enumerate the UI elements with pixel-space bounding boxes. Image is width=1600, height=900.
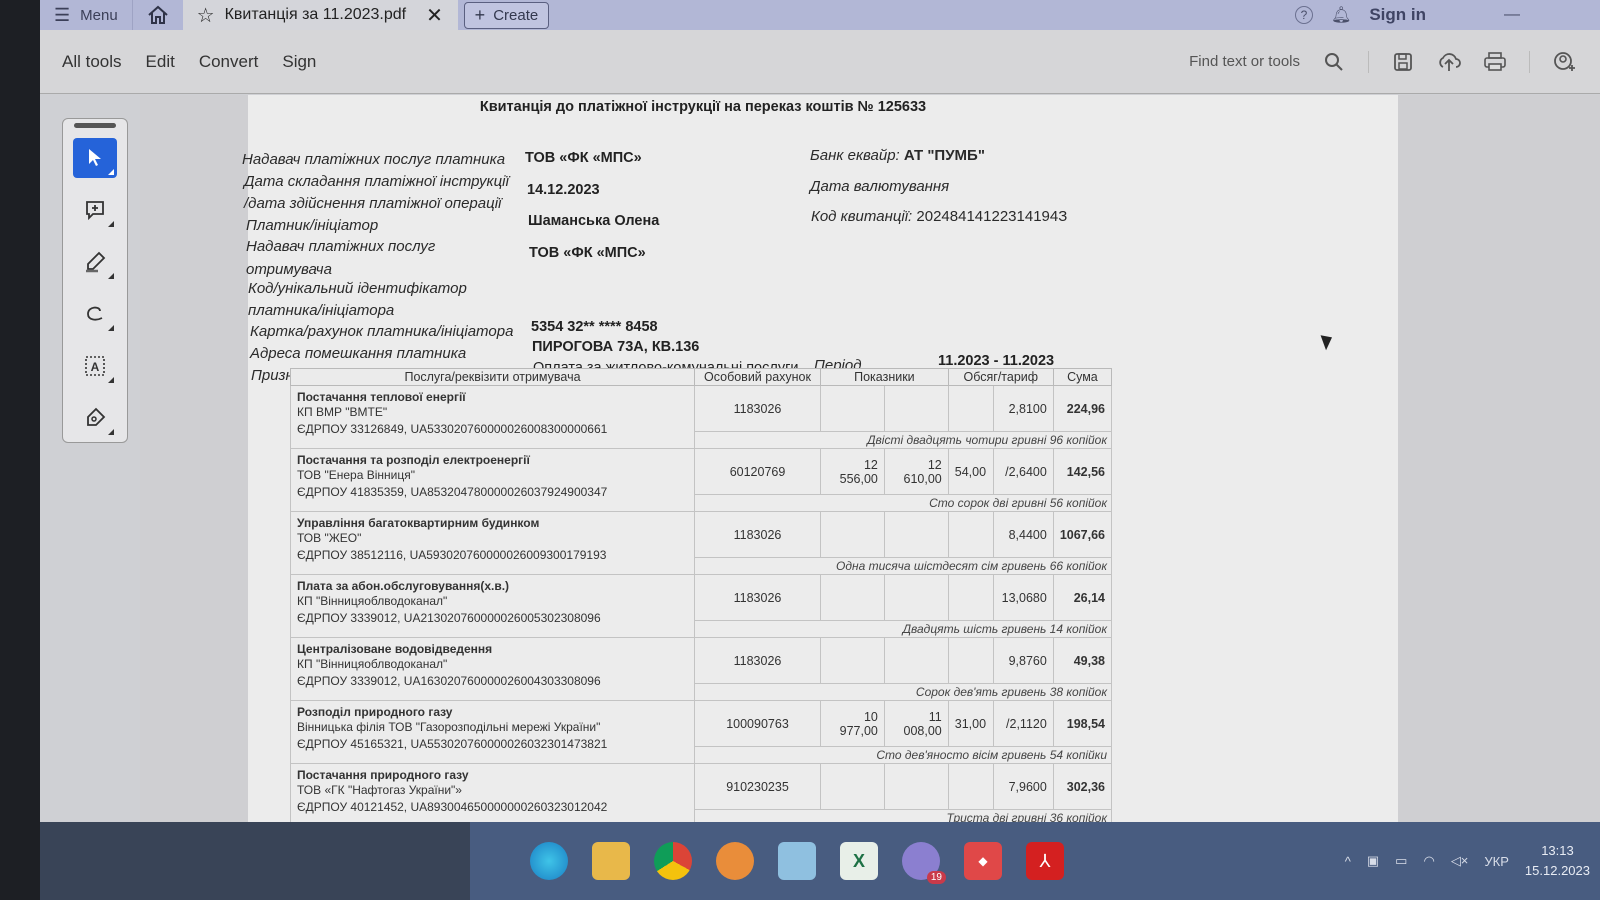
menu-label: Menu xyxy=(80,7,118,24)
current-reading-cell: 11 008,00 xyxy=(884,701,948,747)
current-reading-cell: 12 610,00 xyxy=(884,449,948,495)
text-recognition-tool[interactable]: A xyxy=(73,346,117,386)
close-tab-icon[interactable]: ✕ xyxy=(426,3,443,28)
account-cell: 60120769 xyxy=(695,449,821,495)
service-requisites: ЄДРПОУ 41835359, UA853204780000026037924… xyxy=(297,484,688,501)
account-cell: 100090763 xyxy=(695,701,821,747)
excel-icon[interactable]: X xyxy=(840,842,878,880)
windows-taskbar: X 19 ◆ ⅄ ^ ▣ ▭ ◠ ◁× УКР 13:13 15.12.2023 xyxy=(40,822,1600,900)
cursor-arrow-icon xyxy=(87,148,103,168)
select-tool[interactable] xyxy=(73,138,117,178)
sign-in-button[interactable]: Sign in xyxy=(1369,5,1426,25)
document-tab-title: Квитанція за 11.2023.pdf xyxy=(225,6,406,24)
service-cell: Централізоване водовідведенняКП "Вінниця… xyxy=(291,638,695,701)
service-provider: Вінницька філія ТОВ "Газорозподільні мер… xyxy=(297,719,688,736)
value-date-label: Дата валютування xyxy=(810,178,949,195)
col-header-service: Послуга/реквізити отримувача xyxy=(291,369,695,386)
security-icon[interactable]: ▣ xyxy=(1367,853,1379,869)
tariff-cell: 7,9600 xyxy=(994,764,1054,810)
amount-in-words: Сорок дев'ять гривень 38 копійок xyxy=(695,684,1112,701)
sum-cell: 198,54 xyxy=(1053,701,1111,747)
star-icon[interactable]: ☆ xyxy=(197,3,215,28)
volume-cell xyxy=(948,764,993,810)
submenu-indicator xyxy=(108,377,114,383)
anydesk-icon[interactable]: ◆ xyxy=(964,842,1002,880)
search-icon[interactable] xyxy=(1322,50,1346,74)
tab-bar-right: ? 🔔︎ Sign in — xyxy=(1295,5,1600,25)
volume-cell: 31,00 xyxy=(948,701,993,747)
speaker-muted-icon[interactable]: ◁× xyxy=(1451,853,1469,869)
sum-cell: 26,14 xyxy=(1053,575,1111,621)
minimize-icon[interactable]: — xyxy=(1504,6,1520,24)
amount-in-words: Двісті двадцять чотири гривні 96 копійок xyxy=(695,432,1112,449)
menu-button[interactable]: ☰ Menu xyxy=(40,0,133,30)
recipient-psp-label-2: отримувача xyxy=(246,261,332,278)
sum-cell: 224,96 xyxy=(1053,386,1111,432)
comment-plus-icon xyxy=(84,199,106,221)
table-row: Постачання та розподіл електроенергіїТОВ… xyxy=(291,449,1112,495)
sum-cell: 49,38 xyxy=(1053,638,1111,684)
payer-psp-value: ТОВ «ФК «МПС» xyxy=(525,150,642,166)
service-provider: КП ВМР "ВМТЕ" xyxy=(297,404,688,421)
acrobat-icon[interactable]: ⅄ xyxy=(1026,842,1064,880)
submenu-indicator xyxy=(108,273,114,279)
payer-psp-label: Надавач платіжних послуг платника xyxy=(242,151,505,168)
previous-reading-cell xyxy=(821,575,885,621)
tariff-cell: 13,0680 xyxy=(994,575,1054,621)
volume-cell: 54,00 xyxy=(948,449,993,495)
service-cell: Плата за абон.обслуговування(х.в.)КП "Ві… xyxy=(291,575,695,638)
submenu-indicator xyxy=(108,429,114,435)
volume-cell xyxy=(948,575,993,621)
cloud-upload-icon[interactable] xyxy=(1437,50,1461,74)
sign-menu[interactable]: Sign xyxy=(282,52,316,72)
file-explorer-icon[interactable] xyxy=(592,842,630,880)
battery-icon[interactable]: ▭ xyxy=(1395,853,1407,869)
highlight-tool[interactable] xyxy=(73,242,117,282)
current-reading-cell xyxy=(884,764,948,810)
table-row: Плата за абон.обслуговування(х.в.)КП "Ві… xyxy=(291,575,1112,621)
service-name: Централізоване водовідведення xyxy=(297,642,688,656)
recipient-psp-value: ТОВ «ФК «МПС» xyxy=(529,245,646,261)
tariff-cell: /2,6400 xyxy=(994,449,1054,495)
service-requisites: ЄДРПОУ 45165321, UA553020760000026032301… xyxy=(297,736,688,753)
current-reading-cell xyxy=(884,638,948,684)
table-row: Постачання теплової енергіїКП ВМР "ВМТЕ"… xyxy=(291,386,1112,432)
previous-reading-cell xyxy=(821,386,885,432)
document-viewport[interactable]: Квитанція до платіжної інструкції на пер… xyxy=(140,95,1600,860)
receipt-code-value: 20248414122314194З xyxy=(916,208,1067,225)
chrome-icon[interactable] xyxy=(654,842,692,880)
add-comment-tool[interactable] xyxy=(73,190,117,230)
clock-date: 15.12.2023 xyxy=(1525,861,1590,881)
volume-cell xyxy=(948,638,993,684)
pen-nib-icon xyxy=(84,407,106,429)
service-cell: Постачання природного газуТОВ «ГК "Нафто… xyxy=(291,764,695,827)
current-reading-cell xyxy=(884,512,948,558)
card-label: Картка/рахунок платника/ініціатора xyxy=(250,323,513,340)
acquirer-label: Банк еквайр: xyxy=(810,147,900,164)
col-header-readings: Показники xyxy=(821,369,949,386)
plus-icon: + xyxy=(475,5,486,26)
acrobat-window: ☰ Menu ☆ Квитанція за 11.2023.pdf ✕ + Cr… xyxy=(40,0,1600,860)
service-requisites: ЄДРПОУ 3339012, UA1630207600000260043033… xyxy=(297,673,688,690)
monitor-app-icon[interactable] xyxy=(778,842,816,880)
viber-unread-badge: 19 xyxy=(927,871,946,884)
account-cell: 1183026 xyxy=(695,638,821,684)
clock-time: 13:13 xyxy=(1525,841,1590,861)
service-cell: Розподіл природного газуВінницька філія … xyxy=(291,701,695,764)
create-label: Create xyxy=(493,7,538,24)
services-table: Послуга/реквізити отримувача Особовий ра… xyxy=(290,368,1112,827)
service-name: Розподіл природного газу xyxy=(297,705,688,719)
tariff-cell: 9,8760 xyxy=(994,638,1054,684)
service-provider: КП "Вінницяоблводоканал" xyxy=(297,656,688,673)
service-name: Постачання природного газу xyxy=(297,768,688,782)
sum-cell: 142,56 xyxy=(1053,449,1111,495)
amount-in-words: Сто сорок дві гривні 56 копійок xyxy=(695,495,1112,512)
table-row: Централізоване водовідведенняКП "Вінниця… xyxy=(291,638,1112,684)
orange-app-icon[interactable] xyxy=(716,842,754,880)
payer-value: Шаманська Олена xyxy=(528,213,659,229)
service-requisites: ЄДРПОУ 38512116, UA593020760000026009300… xyxy=(297,547,688,564)
system-tray: ^ ▣ ▭ ◠ ◁× УКР 13:13 15.12.2023 xyxy=(1345,841,1600,881)
convert-menu[interactable]: Convert xyxy=(199,52,259,72)
home-icon xyxy=(147,5,169,25)
service-provider: ТОВ "ЖЕО" xyxy=(297,530,688,547)
help-icon[interactable]: ? xyxy=(1295,6,1313,24)
date-value: 14.12.2023 xyxy=(527,182,600,198)
table-row: Постачання природного газуТОВ «ГК "Нафто… xyxy=(291,764,1112,810)
account-cell: 910230235 xyxy=(695,764,821,810)
tariff-cell: 8,4400 xyxy=(994,512,1054,558)
service-provider: КП "Вінницяоблводоканал" xyxy=(297,593,688,610)
service-name: Плата за абон.обслуговування(х.в.) xyxy=(297,579,688,593)
table-row: Розподіл природного газуВінницька філія … xyxy=(291,701,1112,747)
previous-reading-cell: 10 977,00 xyxy=(821,701,885,747)
wifi-icon[interactable]: ◠ xyxy=(1423,853,1434,869)
service-requisites: ЄДРПОУ 3339012, UA2130207600000260053023… xyxy=(297,610,688,627)
main-toolbar: All tools Edit Convert Sign Find text or… xyxy=(40,30,1600,94)
quick-tools-rail: A xyxy=(62,118,128,443)
submenu-indicator xyxy=(108,169,114,175)
service-provider: ТОВ «ГК "Нафтогаз України"» xyxy=(297,782,688,799)
receipt-code-label: Код квитанції: xyxy=(811,208,912,225)
edit-menu[interactable]: Edit xyxy=(146,52,175,72)
card-value: 5354 32** **** 8458 xyxy=(531,319,658,335)
date-label-2: /дата здійснення платіжної операції xyxy=(244,195,501,212)
viber-icon[interactable]: 19 xyxy=(902,842,940,880)
print-icon[interactable] xyxy=(1483,50,1507,74)
previous-reading-cell xyxy=(821,512,885,558)
period-value: 11.2023 - 11.2023 xyxy=(938,353,1054,369)
address-label: Адреса помешкання платника xyxy=(250,345,466,362)
submenu-indicator xyxy=(108,221,114,227)
col-header-sum: Сума xyxy=(1053,369,1111,386)
service-requisites: ЄДРПОУ 33126849, UA533020760000026008300… xyxy=(297,421,688,438)
previous-reading-cell xyxy=(821,764,885,810)
tariff-cell: 2,8100 xyxy=(994,386,1054,432)
service-provider: ТОВ "Енера Вінниця" xyxy=(297,467,688,484)
toolbar-divider xyxy=(1529,51,1530,73)
amount-in-words: Двадцять шість гривень 14 копійок xyxy=(695,621,1112,638)
acquirer-value: АТ "ПУМБ" xyxy=(904,147,985,164)
highlighter-pen-icon xyxy=(84,251,106,273)
current-reading-cell xyxy=(884,386,948,432)
svg-text:A: A xyxy=(91,360,100,374)
receipt-title: Квитанція до платіжної інструкції на пер… xyxy=(248,99,1398,115)
amount-in-words: Одна тисяча шістдесят сім гривень 66 коп… xyxy=(695,558,1112,575)
service-cell: Постачання теплової енергіїКП ВМР "ВМТЕ"… xyxy=(291,386,695,449)
payer-label: Платник/ініціатор xyxy=(246,217,378,234)
volume-cell xyxy=(948,386,993,432)
service-cell: Управління багатоквартирним будинкомТОВ … xyxy=(291,512,695,575)
volume-cell xyxy=(948,512,993,558)
account-cell: 1183026 xyxy=(695,575,821,621)
all-tools-menu[interactable]: All tools xyxy=(62,52,122,72)
bell-icon[interactable]: 🔔︎ xyxy=(1331,5,1351,25)
service-name: Постачання та розподіл електроенергії xyxy=(297,453,688,467)
find-text-input[interactable]: Find text or tools xyxy=(1189,53,1300,70)
clock[interactable]: 13:13 15.12.2023 xyxy=(1525,841,1590,881)
date-label-1: Дата складання платіжної інструкції xyxy=(244,173,509,190)
rail-drag-handle[interactable] xyxy=(74,123,116,128)
tariff-cell: /2,1120 xyxy=(994,701,1054,747)
sum-cell: 302,36 xyxy=(1053,764,1111,810)
payer-id-label-1: Код/унікальний ідентифікатор xyxy=(248,280,467,297)
col-header-account: Особовий рахунок xyxy=(695,369,821,386)
taskbar-desktop-area xyxy=(40,822,470,900)
chevron-up-icon[interactable]: ^ xyxy=(1345,854,1351,869)
current-reading-cell xyxy=(884,575,948,621)
edge-icon[interactable] xyxy=(530,842,568,880)
account-cell: 1183026 xyxy=(695,512,821,558)
toolbar-right: Find text or tools xyxy=(1189,50,1600,74)
recipient-psp-label-1: Надавач платіжних послуг xyxy=(246,238,435,255)
draw-tool[interactable] xyxy=(73,294,117,334)
create-button[interactable]: + Create xyxy=(464,2,550,29)
save-icon[interactable] xyxy=(1391,50,1415,74)
previous-reading-cell xyxy=(821,638,885,684)
col-header-volume-tariff: Обсяг/тариф xyxy=(948,369,1053,386)
payer-id-label-2: платника/ініціатора xyxy=(248,302,394,319)
share-user-icon[interactable] xyxy=(1552,50,1576,74)
text-box-icon: A xyxy=(84,355,106,377)
address-value: ПИРОГОВА 73А, КВ.136 xyxy=(532,339,699,355)
tab-bar: ☰ Menu ☆ Квитанція за 11.2023.pdf ✕ + Cr… xyxy=(40,0,1600,30)
home-button[interactable] xyxy=(133,0,183,30)
submenu-indicator xyxy=(108,325,114,331)
previous-reading-cell: 12 556,00 xyxy=(821,449,885,495)
toolbar-divider xyxy=(1368,51,1369,73)
hamburger-icon: ☰ xyxy=(54,5,70,26)
table-row: Управління багатоквартирним будинкомТОВ … xyxy=(291,512,1112,558)
document-tab[interactable]: ☆ Квитанція за 11.2023.pdf ✕ xyxy=(183,0,458,30)
service-requisites: ЄДРПОУ 40121452, UA893004650000000260323… xyxy=(297,799,688,816)
sum-cell: 1067,66 xyxy=(1053,512,1111,558)
fill-sign-tool[interactable] xyxy=(73,398,117,438)
amount-in-words: Сто дев'яносто вісім гривень 54 копійки xyxy=(695,747,1112,764)
account-cell: 1183026 xyxy=(695,386,821,432)
pdf-page: Квитанція до платіжної інструкції на пер… xyxy=(248,95,1398,860)
freehand-draw-icon xyxy=(84,303,106,325)
service-name: Постачання теплової енергії xyxy=(297,390,688,404)
service-name: Управління багатоквартирним будинком xyxy=(297,516,688,530)
service-cell: Постачання та розподіл електроенергіїТОВ… xyxy=(291,449,695,512)
language-indicator[interactable]: УКР xyxy=(1484,854,1509,869)
